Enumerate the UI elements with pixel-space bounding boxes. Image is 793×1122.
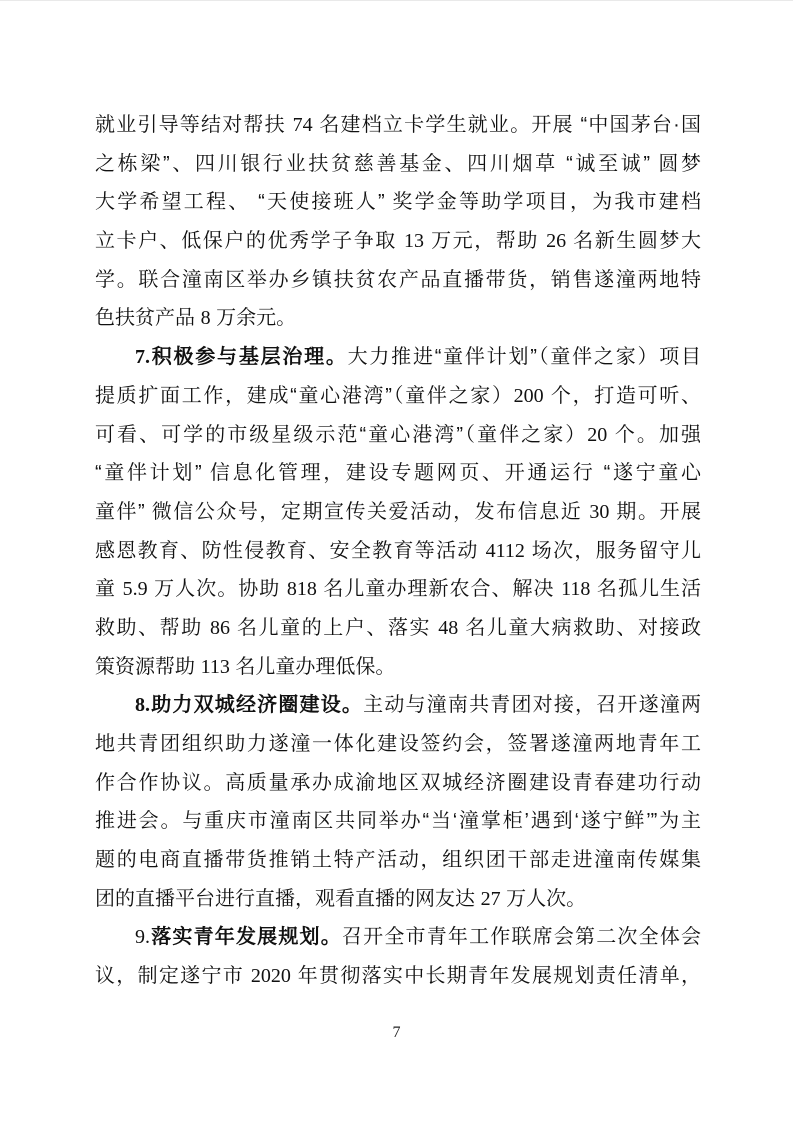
body-text-run: 救助、帮助 86 名儿童的上户、落实 48 名儿童大病救助、对接政 (95, 617, 701, 639)
body-text-run: 大学希望工程、 “天使接班人” 奖学金等助学项目，为我市建档 (95, 191, 701, 213)
numeral: 113 (201, 656, 230, 678)
body-text-run: 团的直播平台进行直播，观看直播的网友达 27 万人次。 (95, 888, 586, 910)
numeral: 4112 (486, 540, 525, 562)
text-line: 策资源帮助 113 名儿童办理低保。 (95, 648, 701, 687)
numeral: 7. (135, 346, 150, 368)
body-text-run: 主动与潼南共青团对接，召开遂潼两 (363, 694, 701, 716)
text-line: 作合作协议。高质量承办成渝地区双城经济圈建设青春建功行动 (95, 764, 701, 803)
document-body: 就业引导等结对帮扶 74 名建档立卡学生就业。开展 “中国茅台·国之栋梁”、四川… (95, 106, 701, 996)
text-line: 童 5.9 万人次。协助 818 名儿童办理新农合、解决 118 名孤儿生活 (95, 570, 701, 609)
text-line: 救助、帮助 86 名儿童的上户、落实 48 名儿童大病救助、对接政 (95, 609, 701, 648)
heading-text-run: 落实青年发展规划。 (150, 926, 342, 948)
numeral: 13 (404, 230, 424, 252)
body-text-run: “童伴计划” 信息化管理，建设专题网页、开通运行 “遂宁童心 (95, 462, 701, 484)
text-line: 提质扩面工作，建成“童心港湾”（童伴之家）200 个，打造可听、 (95, 377, 701, 416)
body-text-run: 议，制定遂宁市 2020 年贯彻落实中长期青年发展规划责任清单， (95, 965, 701, 987)
numeral: 2020 (251, 965, 291, 987)
text-line: 大学希望工程、 “天使接班人” 奖学金等助学项目，为我市建档 (95, 183, 701, 222)
heading-text-run: 8.助力双城经济圈建设。 (135, 694, 363, 716)
body-text-run: 提质扩面工作，建成“童心港湾”（童伴之家）200 个，打造可听、 (95, 385, 701, 407)
text-line: 就业引导等结对帮扶 74 名建档立卡学生就业。开展 “中国茅台·国 (95, 106, 701, 145)
body-text-run: 作合作协议。高质量承办成渝地区双城经济圈建设青春建功行动 (95, 772, 701, 794)
body-text-run: 童伴” 微信公众号，定期宣传关爱活动，发布信息近 30 期。开展 (95, 501, 701, 523)
text-line: 学。联合潼南区举办乡镇扶贫农产品直播带货，销售遂潼两地特 (95, 261, 701, 300)
numeral: 48 (438, 617, 458, 639)
text-line: 议，制定遂宁市 2020 年贯彻落实中长期青年发展规划责任清单， (95, 957, 701, 996)
body-text-run: 可看、可学的市级星级示范“童心港湾”（童伴之家）20 个。加强 (95, 424, 701, 446)
text-line: 题的电商直播带货推销土特产活动，组织团干部走进潼南传媒集 (95, 841, 701, 880)
numeral: 118 (561, 578, 590, 600)
text-line: 感恩教育、防性侵教育、安全教育等活动 4112 场次，服务留守儿 (95, 532, 701, 571)
body-text-run: 感恩教育、防性侵教育、安全教育等活动 4112 场次，服务留守儿 (95, 540, 701, 562)
numeral: 818 (287, 578, 317, 600)
body-text-run: 童 5.9 万人次。协助 818 名儿童办理新农合、解决 118 名孤儿生活 (95, 578, 701, 600)
numeral: 5.9 (123, 578, 148, 600)
text-line: 童伴” 微信公众号，定期宣传关爱活动，发布信息近 30 期。开展 (95, 493, 701, 532)
body-text-run: 之栋梁”、四川银行业扶贫慈善基金、四川烟草 “诚至诚” 圆梦 (95, 153, 701, 175)
body-text-run: 题的电商直播带货推销土特产活动，组织团干部走进潼南传媒集 (95, 849, 701, 871)
page-number: 7 (0, 1022, 793, 1044)
numeral: 74 (293, 114, 313, 136)
page-top-edge (0, 0, 793, 1)
text-line: 地共青团组织助力遂潼一体化建设签约会，签署遂潼两地青年工 (95, 725, 701, 764)
numeral: 8 (201, 307, 211, 329)
body-text-run: 学。联合潼南区举办乡镇扶贫农产品直播带货，销售遂潼两地特 (95, 269, 701, 291)
body-text-run: 就业引导等结对帮扶 74 名建档立卡学生就业。开展 “中国茅台·国 (95, 114, 701, 136)
text-line: “童伴计划” 信息化管理，建设专题网页、开通运行 “遂宁童心 (95, 454, 701, 493)
body-text-run: 立卡户、低保户的优秀学子争取 13 万元，帮助 26 名新生圆梦大 (95, 230, 701, 252)
text-line: 色扶贫产品 8 万余元。 (95, 299, 701, 338)
text-line: 立卡户、低保户的优秀学子争取 13 万元，帮助 26 名新生圆梦大 (95, 222, 701, 261)
numeral: 20 (587, 424, 607, 446)
body-text-run: 色扶贫产品 8 万余元。 (95, 307, 296, 329)
document-page: 就业引导等结对帮扶 74 名建档立卡学生就业。开展 “中国茅台·国之栋梁”、四川… (0, 0, 793, 1122)
heading-text-run: 7.积极参与基层治理。 (135, 346, 348, 368)
numeral: 8. (135, 694, 150, 716)
body-text-run: 策资源帮助 113 名儿童办理低保。 (95, 656, 395, 678)
numeral: 30 (589, 501, 609, 523)
numeral: 26 (546, 230, 566, 252)
text-line: 8.助力双城经济圈建设。主动与潼南共青团对接，召开遂潼两 (95, 686, 701, 725)
text-line: 9.落实青年发展规划。召开全市青年工作联席会第二次全体会 (95, 918, 701, 957)
body-text-run: 9. (135, 926, 150, 948)
body-text-run: 召开全市青年工作联席会第二次全体会 (342, 926, 701, 948)
numeral: 9. (135, 926, 150, 948)
text-line: 团的直播平台进行直播，观看直播的网友达 27 万人次。 (95, 880, 701, 919)
text-line: 推进会。与重庆市潼南区共同举办“当‘潼掌柜’遇到‘遂宁鲜’”为主 (95, 802, 701, 841)
text-line: 7.积极参与基层治理。大力推进“童伴计划”（童伴之家）项目 (95, 338, 701, 377)
body-text-run: 大力推进“童伴计划”（童伴之家）项目 (348, 346, 701, 368)
text-line: 可看、可学的市级星级示范“童心港湾”（童伴之家）20 个。加强 (95, 416, 701, 455)
numeral: 200 (514, 385, 544, 407)
text-line: 之栋梁”、四川银行业扶贫慈善基金、四川烟草 “诚至诚” 圆梦 (95, 145, 701, 184)
numeral: 86 (210, 617, 230, 639)
body-text-run: 地共青团组织助力遂潼一体化建设签约会，签署遂潼两地青年工 (95, 733, 701, 755)
numeral: 27 (481, 888, 501, 910)
body-text-run: 推进会。与重庆市潼南区共同举办“当‘潼掌柜’遇到‘遂宁鲜’”为主 (95, 810, 701, 832)
